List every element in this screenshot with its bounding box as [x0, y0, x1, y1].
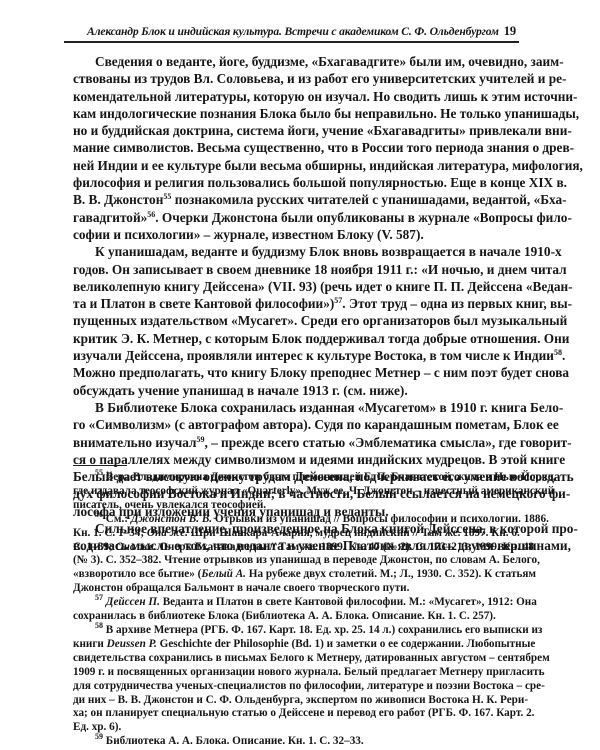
- footnote-line: 57 Дейссен П. Веданта и Платон в свете К…: [73, 596, 518, 610]
- text-line: мание символистов. Весьма существенно, ч…: [73, 139, 518, 156]
- footnote-number: 59: [95, 732, 103, 741]
- footnote-number: 57: [95, 593, 103, 602]
- text-line: В. В. Джонстон55 познакомила русских чит…: [73, 191, 518, 208]
- text-line: та и Платон в свете Кантовой философии»)…: [73, 295, 518, 312]
- text-segment: кам индологические познания Блока было б…: [73, 106, 579, 121]
- text-segment: Кн. 1. С. 1–34;: [73, 527, 147, 539]
- italic-author: Джонстон В. В.: [131, 513, 212, 525]
- text-segment: «взворотило все бытие» (: [73, 568, 201, 580]
- footnote-line: 56 См.: Джонстон В. В. Отрывки из упаниш…: [73, 513, 518, 527]
- text-line: В Библиотеке Блока сохранилась изданная …: [73, 399, 518, 416]
- text-segment: Библиотека А. А. Блока. Описание. Кн. 1.…: [103, 735, 364, 747]
- text-segment: гавадгитой»: [73, 210, 147, 225]
- text-segment: книги: [73, 638, 107, 650]
- text-segment: Шри-Шанкара-Ачарня, мудрец индийский // …: [188, 527, 520, 539]
- footnote-line: книги Deussen P. Geschichte der Philosop…: [73, 638, 518, 652]
- footnote-number: 56: [95, 510, 103, 519]
- text-segment: ней Индии и ее культуре были весьма обши…: [73, 158, 583, 173]
- text-segment: изучали Дейссена, проявляли интерес к ку…: [73, 348, 554, 363]
- text-segment: ха; он планирует специальную статью о Де…: [73, 707, 534, 719]
- text-segment: но и буддийская доктрина, система йоги, …: [73, 123, 572, 138]
- footnote-separator: [73, 465, 127, 466]
- text-segment: Можно предполагать, что книгу Блоку преп…: [73, 365, 569, 380]
- text-segment: В архиве Метнера (РГБ. Ф. 167. Карт. 18.…: [103, 624, 542, 636]
- text-segment: внимательно изучал: [73, 435, 196, 450]
- text-segment: софии и психологии» – журнале, известном…: [73, 227, 424, 242]
- footnote-line: С. 1–39; Она же. Очерк Бхагавадгиты // Т…: [73, 541, 518, 555]
- footnote-ref: 58: [554, 348, 562, 357]
- footnote-line: 1909 г. и посвященных организации нового…: [73, 666, 518, 680]
- italic-author: Дейссен П.: [106, 596, 160, 608]
- text-segment: свидетельства сохранились в письмах Бело…: [73, 652, 550, 664]
- text-segment: ди них – В. В. Джонстон и С. Ф. Ольденбу…: [73, 694, 528, 706]
- running-title: Александр Блок и индийская культура. Вст…: [73, 25, 499, 38]
- text-line: гавадгитой»56. Очерки Джонстона были опу…: [73, 209, 518, 226]
- text-line: ся о параллелях между символизмом и идея…: [73, 451, 518, 468]
- text-segment: Сведения о веданте, йоге, буддизме, «Бха…: [95, 54, 564, 69]
- text-line: пущенных издательством «Мусагет». Среди …: [73, 312, 518, 329]
- text-segment: На рубеже двух столетий. М.; Л., 1930. С…: [246, 568, 536, 580]
- text-line: комендательной литературы, которую он из…: [73, 88, 518, 105]
- text-segment: го «Символизм» (с автографом автора). Су…: [73, 417, 559, 432]
- text-segment: С. 1–39;: [73, 541, 116, 553]
- text-segment: Вера Владимировна Джонстон была племянни…: [103, 471, 556, 483]
- footnotes: 55 Вера Владимировна Джонстон была племя…: [73, 471, 518, 749]
- text-segment: Джонстон обращался Бальмонт в начале сво…: [73, 582, 409, 594]
- text-line: Можно предполагать, что книгу Блоку преп…: [73, 364, 518, 381]
- footnote-line: ха; он планирует специальную статью о Де…: [73, 707, 518, 721]
- text-segment: Веданта и Платон в свете Кантовой филосо…: [160, 596, 537, 608]
- footnote-number: 58: [95, 621, 103, 630]
- text-line: критик Э. К. Метнер, с которым Блок подд…: [73, 330, 518, 347]
- text-segment: критик Э. К. Метнер, с которым Блок подд…: [73, 331, 569, 346]
- footnote-line: 58 В архиве Метнера (РГБ. Ф. 167. Карт. …: [73, 624, 518, 638]
- text-segment: .: [562, 348, 565, 363]
- text-segment: , – прежде всего статью «Эмблематика смы…: [204, 435, 571, 450]
- text-line: ствованы из трудов Вл. Соловьева, и из р…: [73, 70, 518, 87]
- footnote-line: (№ 3). С. 352–382. Чтение отрывков из уп…: [73, 554, 518, 568]
- text-segment: . Этот труд – одна из первых книг, вы-: [342, 296, 572, 311]
- text-segment: Geschichte der Philosophie (Bd. 1) и зам…: [157, 638, 535, 650]
- italic-author: Белый А.: [201, 568, 246, 580]
- text-line: внимательно изучал59, – прежде всего ста…: [73, 434, 518, 451]
- footnote-line: 55 Вера Владимировна Джонстон была племя…: [73, 471, 518, 485]
- footnote-line: ди них – В. В. Джонстон и С. Ф. Ольденбу…: [73, 694, 518, 708]
- footnote-line: для сотрудничества ученых-специалистов п…: [73, 680, 518, 694]
- text-segment: ся о параллелях между символизмом и идея…: [73, 452, 565, 467]
- text-segment: В Библиотеке Блока сохранилась изданная …: [95, 400, 563, 415]
- text-line: но и буддийская доктрина, система йоги, …: [73, 122, 518, 139]
- text-line: софии и психологии» – журнале, известном…: [73, 226, 518, 243]
- text-segment: мание символистов. Весьма существенно, ч…: [73, 140, 574, 155]
- footnote-line: писатель, очень увлекался теософией.: [73, 499, 518, 513]
- footnote-line: Ед. хр. 6).: [73, 721, 518, 735]
- text-segment: К упанишадам, веданте и буддизму Блок вн…: [95, 244, 562, 259]
- text-line: К упанишадам, веданте и буддизму Блок вн…: [73, 243, 518, 260]
- page-number: 19: [504, 24, 518, 39]
- header-rule: [64, 41, 519, 43]
- footnote-number: 55: [95, 468, 103, 477]
- text-segment: годов. Он записывает в своем дневнике 18…: [73, 262, 567, 277]
- text-segment: пущенных издательством «Мусагет». Среди …: [73, 313, 567, 328]
- footnote-line: сохранилась в библиотеке Блока (Библиоте…: [73, 610, 518, 624]
- text-line: философия и религия пользовались большой…: [73, 174, 518, 191]
- text-segment: Отрывки из упанишад // Вопросы философии…: [212, 513, 549, 525]
- text-segment: обсуждать учение упанишад в начале 1913 …: [73, 383, 408, 398]
- footnote-line: Кн. 1. С. 1–34; Она же. Шри-Шанкара-Ачар…: [73, 527, 518, 541]
- italic-author: Она же.: [116, 541, 157, 553]
- text-segment: для сотрудничества ученых-специалистов п…: [73, 680, 545, 692]
- footnote-line: 59 Библиотека А. А. Блока. Описание. Кн.…: [73, 735, 518, 749]
- text-segment: великолепную книгу Дейссена» (VII. 93) (…: [73, 279, 573, 294]
- text-segment: Очерк Бхагавадгиты // Там же. 1899. Кн. …: [157, 541, 534, 553]
- text-line: го «Символизм» (с автографом автора). Су…: [73, 416, 518, 433]
- text-segment: См.:: [103, 513, 131, 525]
- footnote-line: Джонстон обращался Бальмонт в начале сво…: [73, 582, 518, 596]
- text-segment: сохранилась в библиотеке Блока (Библиоте…: [73, 610, 496, 622]
- text-line: кам индологические познания Блока было б…: [73, 105, 518, 122]
- italic-author: Deussen P.: [107, 638, 157, 650]
- running-head: Александр Блок и индийская культура. Вст…: [73, 24, 518, 40]
- text-segment: философия и религия пользовались большой…: [73, 175, 567, 190]
- text-line: великолепную книгу Дейссена» (VII. 93) (…: [73, 278, 518, 295]
- footnote-line: свидетельства сохранились в письмах Бело…: [73, 652, 518, 666]
- text-line: ней Индии и ее культуре были весьма обши…: [73, 157, 518, 174]
- italic-author: Она же.: [147, 527, 188, 539]
- text-segment: комендательной литературы, которую он из…: [73, 89, 577, 104]
- text-line: годов. Он записывает в своем дневнике 18…: [73, 261, 518, 278]
- text-segment: ствованы из трудов Вл. Соловьева, и из р…: [73, 71, 566, 86]
- text-segment: 1909 г. и посвященных организации нового…: [73, 666, 544, 678]
- text-segment: (№ 3). С. 352–382. Чтение отрывков из уп…: [73, 554, 540, 566]
- text-line: Сведения о веданте, йоге, буддизме, «Бха…: [73, 53, 518, 70]
- text-line: обсуждать учение упанишад в начале 1913 …: [73, 382, 518, 399]
- text-segment: В. В. Джонстон: [73, 192, 163, 207]
- text-segment: где издавала теософский журнал «Quarterl…: [73, 485, 554, 497]
- text-segment: та и Платон в свете Кантовой философии»): [73, 296, 334, 311]
- text-line: изучали Дейссена, проявляли интерес к ку…: [73, 347, 518, 364]
- footnote-line: «взворотило все бытие» (Белый А. На рубе…: [73, 568, 518, 582]
- text-segment: познакомила русских читателей с упанишад…: [171, 192, 566, 207]
- text-segment: . Очерки Джонстона были опубликованы в ж…: [155, 210, 572, 225]
- footnote-line: где издавала теософский журнал «Quarterl…: [73, 485, 518, 499]
